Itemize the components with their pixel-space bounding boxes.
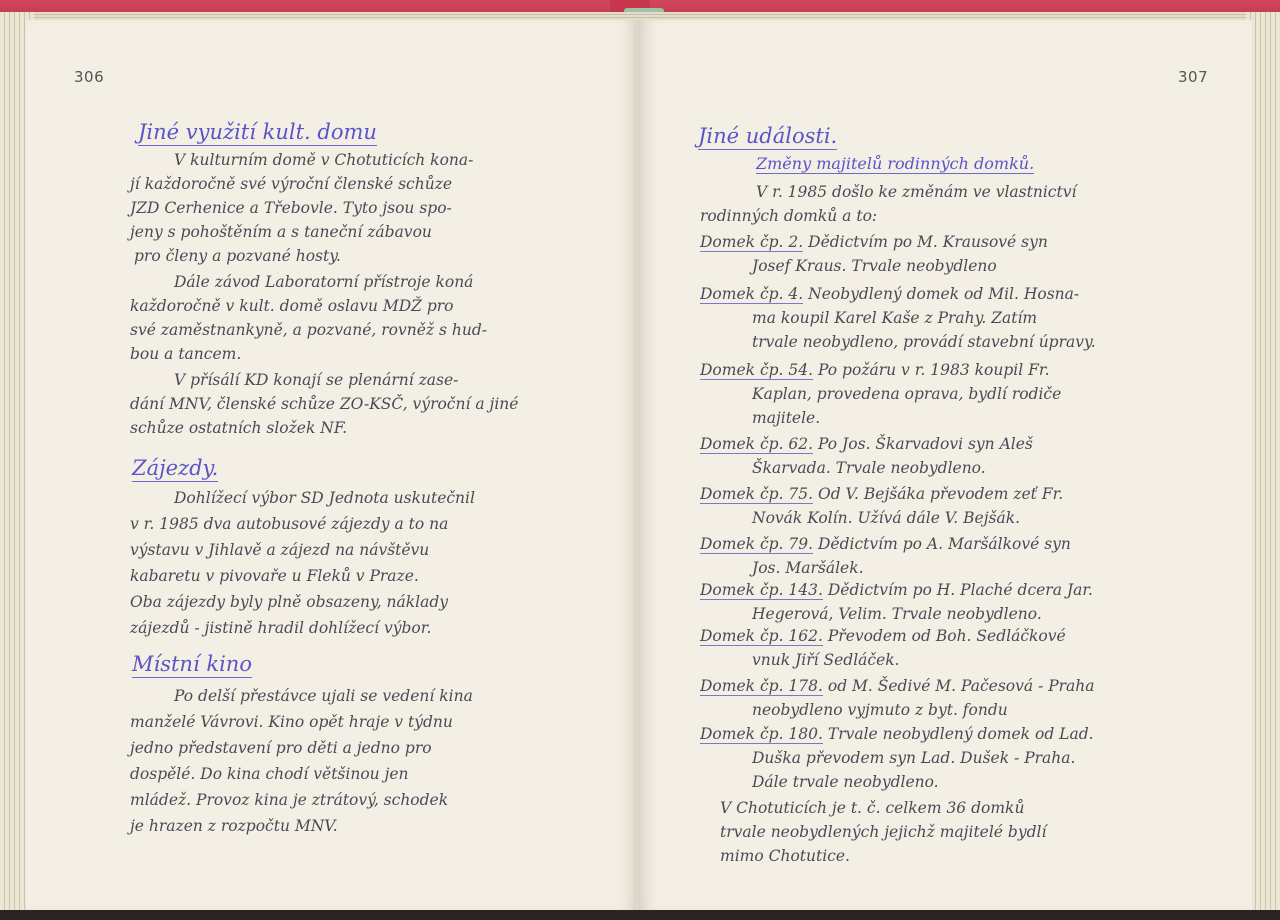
house-entry: Domek čp. 62. Po Jos. Škarvadovi syn Ale…: [700, 432, 1033, 480]
text-line: trvale neobydleno, provádí stavební úpra…: [700, 330, 1096, 354]
text-line: Po delší přestávce ujali se vedení kina: [174, 684, 473, 708]
house-entry-label: Domek čp. 162.: [700, 627, 823, 646]
text-line: Škarvada. Trvale neobydleno.: [700, 456, 1033, 480]
page-stack-top: [0, 12, 1280, 20]
text-line: Od V. Bejšáka převodem zeť Fr.: [818, 485, 1063, 503]
text-line: Trvale neobydlený domek od Lad.: [828, 725, 1094, 743]
subheading-owner-changes: Změny majitelů rodinných domků.: [756, 154, 1034, 174]
text-line: od M. Šedivé M. Pačesová - Praha: [828, 677, 1095, 695]
right-page: 307 Jiné události. Změny majitelů rodinn…: [638, 20, 1252, 910]
house-entry: Domek čp. 143. Dědictvím po H. Plaché dc…: [700, 578, 1093, 626]
text-line: dospělé. Do kina chodí většinou jen: [130, 762, 409, 786]
house-entry: Domek čp. 178. od M. Šedivé M. Pačesová …: [700, 674, 1095, 722]
house-entry-label: Domek čp. 2.: [700, 233, 803, 252]
house-entry: Domek čp. 4. Neobydlený domek od Mil. Ho…: [700, 282, 1096, 354]
text-line: jedno představení pro děti a jedno pro: [130, 736, 432, 760]
house-entry: Domek čp. 180. Trvale neobydlený domek o…: [700, 722, 1094, 794]
section-heading-other-events: Jiné události.: [698, 124, 837, 150]
text-line: vnuk Jiří Sedláček.: [700, 648, 1066, 672]
text-line: Po Jos. Škarvadovi syn Aleš: [818, 435, 1033, 453]
text-line: kabaretu v pivovaře u Fleků v Praze.: [130, 564, 419, 588]
text-line: Josef Kraus. Trvale neobydleno: [700, 254, 1048, 278]
text-line: Dědictvím po A. Maršálkové syn: [818, 535, 1071, 553]
text-line: své zaměstnankyně, a pozvané, rovněž s h…: [130, 318, 487, 342]
text-line: V r. 1985 došlo ke změnám ve vlastnictví: [756, 180, 1076, 204]
house-entry: Domek čp. 79. Dědictvím po A. Maršálkové…: [700, 532, 1071, 580]
text-line: mimo Chotutice.: [720, 844, 850, 868]
house-entry-label: Domek čp. 178.: [700, 677, 823, 696]
text-line: výstavu v Jihlavě a zájezd na návštěvu: [130, 538, 429, 562]
text-line: Dále trvale neobydleno.: [700, 770, 1094, 794]
text-line: Dále závod Laboratorní přístroje koná: [174, 270, 473, 294]
text-line: v r. 1985 dva autobusové zájezdy a to na: [130, 512, 448, 536]
text-line: pro členy a pozvané hosty.: [134, 244, 341, 268]
text-line: jeny s pohoštěním a s taneční zábavou: [130, 220, 432, 244]
house-entry-label: Domek čp. 143.: [700, 581, 823, 600]
text-line: mládež. Provoz kina je ztrátový, schodek: [130, 788, 448, 812]
text-line: neobydleno vyjmuto z byt. fondu: [700, 698, 1095, 722]
text-line: Kaplan, provedena oprava, bydlí rodiče: [700, 382, 1061, 406]
text-line: Oba zájezdy byly plně obsazeny, náklady: [130, 590, 448, 614]
house-entry-label: Domek čp. 62.: [700, 435, 813, 454]
text-line: je hrazen z rozpočtu MNV.: [130, 814, 338, 838]
text-line: rodinných domků a to:: [700, 204, 877, 228]
house-entry-label: Domek čp. 54.: [700, 361, 813, 380]
text-line: Po požáru v r. 1983 koupil Fr.: [818, 361, 1050, 379]
left-page: 306 Jiné využití kult. domu V kulturním …: [26, 20, 638, 910]
section-heading-cultural-house: Jiné využití kult. domu: [138, 120, 377, 146]
text-line: ma koupil Karel Kaše z Prahy. Zatím: [700, 306, 1096, 330]
text-line: V Chotuticích je t. č. celkem 36 domků: [720, 796, 1024, 820]
house-entry-label: Domek čp. 180.: [700, 725, 823, 744]
text-line: Hegerová, Velim. Trvale neobydleno.: [700, 602, 1093, 626]
house-entry: Domek čp. 54. Po požáru v r. 1983 koupil…: [700, 358, 1061, 430]
section-heading-trips: Zájezdy.: [132, 456, 218, 482]
text-line: V kulturním domě v Chotuticích kona-: [174, 148, 473, 172]
page-number-left: 306: [74, 68, 104, 86]
page-number-right: 307: [1178, 68, 1208, 86]
text-line: Neobydlený domek od Mil. Hosna-: [808, 285, 1079, 303]
house-entry-label: Domek čp. 75.: [700, 485, 813, 504]
text-line: trvale neobydlených jejichž majitelé byd…: [720, 820, 1046, 844]
house-entry-label: Domek čp. 4.: [700, 285, 803, 304]
text-line: Převodem od Boh. Sedláčkové: [828, 627, 1066, 645]
text-line: Duška převodem syn Lad. Dušek - Praha.: [700, 746, 1094, 770]
text-line: zájezdů - jistině hradil dohlížecí výbor…: [130, 616, 431, 640]
text-line: JZD Cerhenice a Třebovle. Tyto jsou spo-: [130, 196, 452, 220]
house-entry-label: Domek čp. 79.: [700, 535, 813, 554]
house-entry: Domek čp. 75. Od V. Bejšáka převodem zeť…: [700, 482, 1063, 530]
text-line: jí každoročně své výroční členské schůze: [130, 172, 452, 196]
house-entry: Domek čp. 162. Převodem od Boh. Sedláčko…: [700, 624, 1066, 672]
text-line: schůze ostatních složek NF.: [130, 416, 347, 440]
text-line: Jos. Maršálek.: [700, 556, 1071, 580]
text-line: dání MNV, členské schůze ZO-KSČ, výroční…: [130, 392, 518, 416]
text-line: Dědictvím po M. Krausové syn: [808, 233, 1048, 251]
text-line: V přísálí KD konají se plenární zase-: [174, 368, 458, 392]
text-line: Novák Kolín. Užívá dále V. Bejšák.: [700, 506, 1063, 530]
text-line: Dědictvím po H. Plaché dcera Jar.: [828, 581, 1093, 599]
section-heading-local-cinema: Místní kino: [132, 652, 252, 678]
text-line: bou a tancem.: [130, 342, 241, 366]
text-line: majitele.: [700, 406, 1061, 430]
text-line: manželé Vávrovi. Kino opět hraje v týdnu: [130, 710, 453, 734]
house-entry: Domek čp. 2. Dědictvím po M. Krausové sy…: [700, 230, 1048, 278]
text-line: každoročně v kult. domě oslavu MDŽ pro: [130, 294, 454, 318]
text-line: Dohlížecí výbor SD Jednota uskutečnil: [174, 486, 475, 510]
